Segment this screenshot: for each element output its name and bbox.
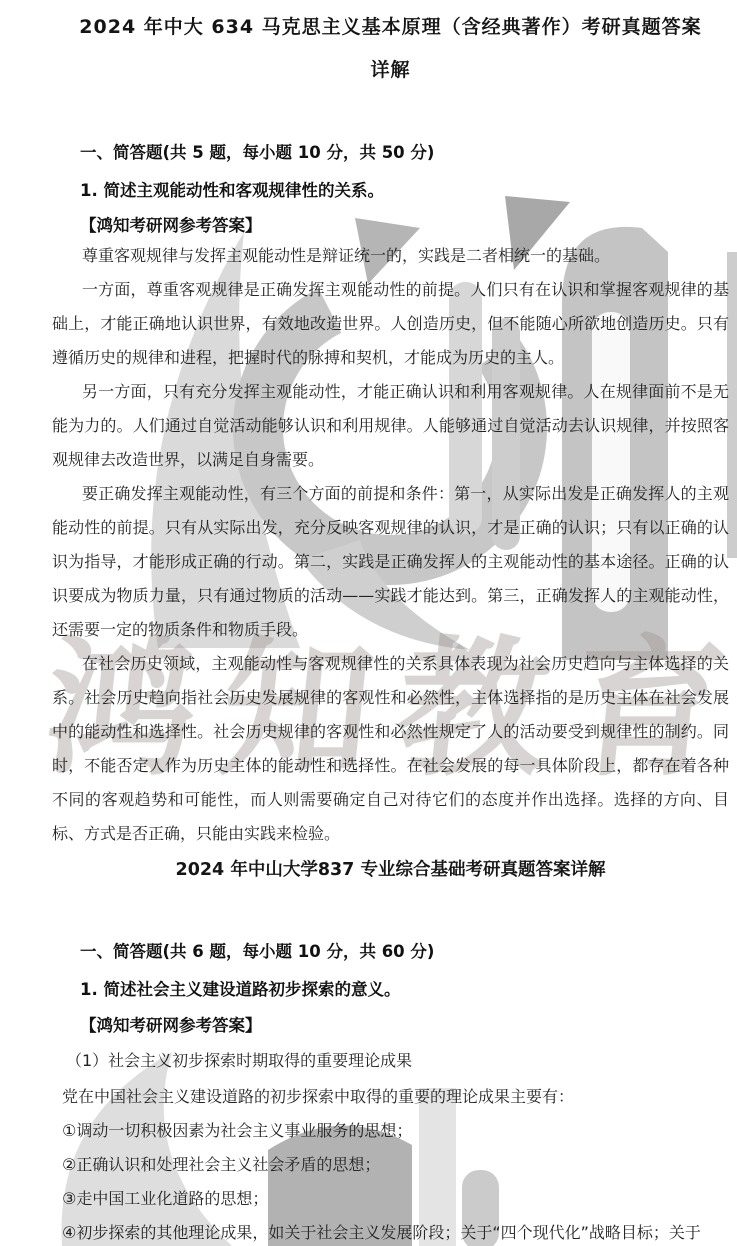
doc1-title-line1: 2024 年中大 634 马克思主义基本原理（含经典著作）考研真题答案 — [52, 0, 729, 41]
answer-paragraph: 另一方面，只有充分发挥主观能动性，才能正确认识和利用客观规律。人在规律面前不是无… — [52, 375, 729, 477]
doc2-item: ③走中国工业化道路的思想； — [62, 1182, 729, 1216]
doc2-intro-line: 党在中国社会主义建设道路的初步探索中取得的重要的理论成果主要有： — [62, 1080, 729, 1114]
document-content: 2024 年中大 634 马克思主义基本原理（含经典著作）考研真题答案 详解 一… — [0, 0, 737, 1246]
doc1-section-heading: 一、简答题(共 5 题，每小题 10 分，共 50 分) — [80, 140, 729, 166]
doc2-title: 2024 年中山大学837 专业综合基础考研真题答案详解 — [52, 857, 729, 883]
doc2-question: 1. 简述社会主义建设道路初步探索的意义。 — [80, 977, 729, 1003]
answer-paragraph: 要正确发挥主观能动性，有三个方面的前提和条件：第一，从实际出发是正确发挥人的主观… — [52, 477, 729, 647]
doc2-item: ④初步探索的其他理论成果，如关于社会主义发展阶段；关于“四个现代化”战略目标；关… — [62, 1216, 729, 1246]
doc2-item: ①调动一切积极因素为社会主义事业服务的思想； — [62, 1114, 729, 1148]
doc2-item: ②正确认识和处理社会主义社会矛盾的思想； — [62, 1148, 729, 1182]
answer-paragraph: 一方面，尊重客观规律是正确发挥主观能动性的前提。人们只有在认识和掌握客观规律的基… — [52, 273, 729, 375]
answer-paragraph: 尊重客观规律与发挥主观能动性是辩证统一的，实践是二者相统一的基础。 — [52, 239, 729, 273]
document-page: 鸿知教育 2024 年中大 634 马克思主义基本原理（含经典著作）考研真题答案… — [0, 0, 737, 1246]
doc1-question: 1. 简述主观能动性和客观规律性的关系。 — [80, 178, 729, 204]
doc2-sub-heading: （1）社会主义初步探索时期取得的重要理论成果 — [66, 1048, 729, 1074]
answer-paragraph: 在社会历史领域，主观能动性与客观规律性的关系具体表现为社会历史趋向与主体选择的关… — [52, 647, 729, 851]
doc1-answer-source-label: 【鸿知考研网参考答案】 — [80, 213, 729, 239]
doc2-section-heading: 一、简答题(共 6 题，每小题 10 分，共 60 分) — [80, 939, 729, 965]
doc1-title-line2: 详解 — [52, 56, 729, 84]
doc2-answer-source-label: 【鸿知考研网参考答案】 — [80, 1013, 729, 1039]
